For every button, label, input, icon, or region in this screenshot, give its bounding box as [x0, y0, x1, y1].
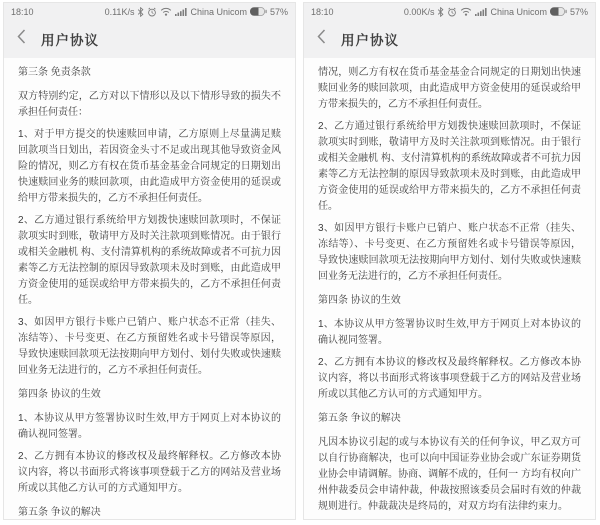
chevron-left-icon	[17, 29, 26, 49]
status-bar: 18:10 0.00K/s China Unicom 57%	[304, 3, 595, 20]
battery-icon	[250, 7, 267, 16]
agreement-paragraph: 2、乙方通过银行系统给甲方划拨快速赎回款项时，不保证款项实时到账，敬请甲方及时关…	[318, 119, 581, 215]
signal-icon	[175, 7, 187, 16]
bluetooth-icon	[437, 7, 444, 17]
section-heading: 第四条 协议的生效	[18, 387, 281, 403]
alarm-icon	[447, 7, 457, 17]
bluetooth-icon	[137, 7, 144, 17]
phone-screenshot-right: 18:10 0.00K/s China Unicom 57% 用户协议 情况，则…	[303, 2, 596, 520]
agreement-paragraph: 1、本协议从甲方签署协议时生效,甲方于网页上对本协议的确认视同签署。	[318, 317, 581, 349]
agreement-paragraph: 情况，则乙方有权在货币基金基金合同规定的日期划出快速赎回业务的赎回款项，由此造成…	[318, 65, 581, 113]
agreement-paragraph: 2、乙方拥有本协议的修改权及最终解释权。乙方修改本协议内容，将以书面形式将该事项…	[318, 355, 581, 403]
network-speed: 0.11K/s	[105, 7, 135, 17]
agreement-paragraph: 2、乙方通过银行系统给甲方划拨快速赎回款项时，不保证款项实时到账，敬请甲方及时关…	[18, 213, 281, 309]
nav-bar: 用户协议	[304, 20, 595, 58]
agreement-paragraph: 3、如因甲方银行卡账户已销户、账户状态不正常（挂失、冻结等）、卡号变更、在乙方预…	[318, 221, 581, 285]
signal-icon	[475, 7, 487, 16]
back-button[interactable]	[17, 25, 30, 53]
section-heading: 第三条 免责条款	[18, 65, 281, 81]
agreement-paragraph: 2、乙方拥有本协议的修改权及最终解释权。乙方修改本协议内容，将以书面形式将该事项…	[18, 449, 281, 497]
page-title: 用户协议	[41, 29, 99, 49]
status-time: 18:10	[11, 7, 34, 17]
agreement-paragraph: 双方特别约定，乙方对以下情形以及以下情形导致的损失不承担任何责任：	[18, 89, 281, 121]
section-heading: 第五条 争议的解决	[318, 411, 581, 427]
agreement-paragraph: 凡因本协议引起的或与本协议有关的任何争议，甲乙双方可以自行协商解决，也可以向中国…	[318, 435, 581, 515]
section-heading: 第五条 争议的解决	[18, 505, 281, 519]
chevron-left-icon	[317, 29, 326, 49]
wifi-icon	[460, 7, 472, 16]
network-speed: 0.00K/s	[404, 7, 435, 17]
agreement-paragraph: 3、如因甲方银行卡账户已销户、账户状态不正常（挂失、冻结等）、卡号变更、在乙方预…	[18, 315, 281, 379]
nav-bar: 用户协议	[4, 20, 295, 58]
agreement-text-scroll-area[interactable]: 情况，则乙方有权在货币基金基金合同规定的日期划出快速赎回业务的赎回款项，由此造成…	[304, 58, 595, 519]
battery-percent: 57%	[270, 7, 288, 17]
back-button[interactable]	[317, 25, 330, 53]
carrier-label: China Unicom	[490, 7, 547, 17]
agreement-text-scroll-area[interactable]: 第三条 免责条款 双方特别约定，乙方对以下情形以及以下情形导致的损失不承担任何责…	[4, 58, 295, 519]
section-heading: 第四条 协议的生效	[318, 293, 581, 309]
screenshot-canvas: 18:10 0.11K/s China Unicom 57% 用户协议 第三条 …	[0, 0, 600, 525]
battery-icon	[550, 7, 567, 16]
wifi-icon	[160, 7, 172, 16]
battery-percent: 57%	[570, 7, 588, 17]
carrier-label: China Unicom	[190, 7, 247, 17]
agreement-paragraph: 1、本协议从甲方签署协议时生效,甲方于网页上对本协议的确认视同签署。	[18, 411, 281, 443]
agreement-paragraph: 1、对于甲方提交的快速赎回申请，乙方原则上尽量满足赎回款项当日划出，若因资金头寸…	[18, 127, 281, 207]
phone-screenshot-left: 18:10 0.11K/s China Unicom 57% 用户协议 第三条 …	[3, 2, 296, 520]
status-time: 18:10	[311, 7, 334, 17]
status-bar: 18:10 0.11K/s China Unicom 57%	[4, 3, 295, 20]
page-title: 用户协议	[341, 29, 399, 49]
alarm-icon	[147, 7, 157, 17]
